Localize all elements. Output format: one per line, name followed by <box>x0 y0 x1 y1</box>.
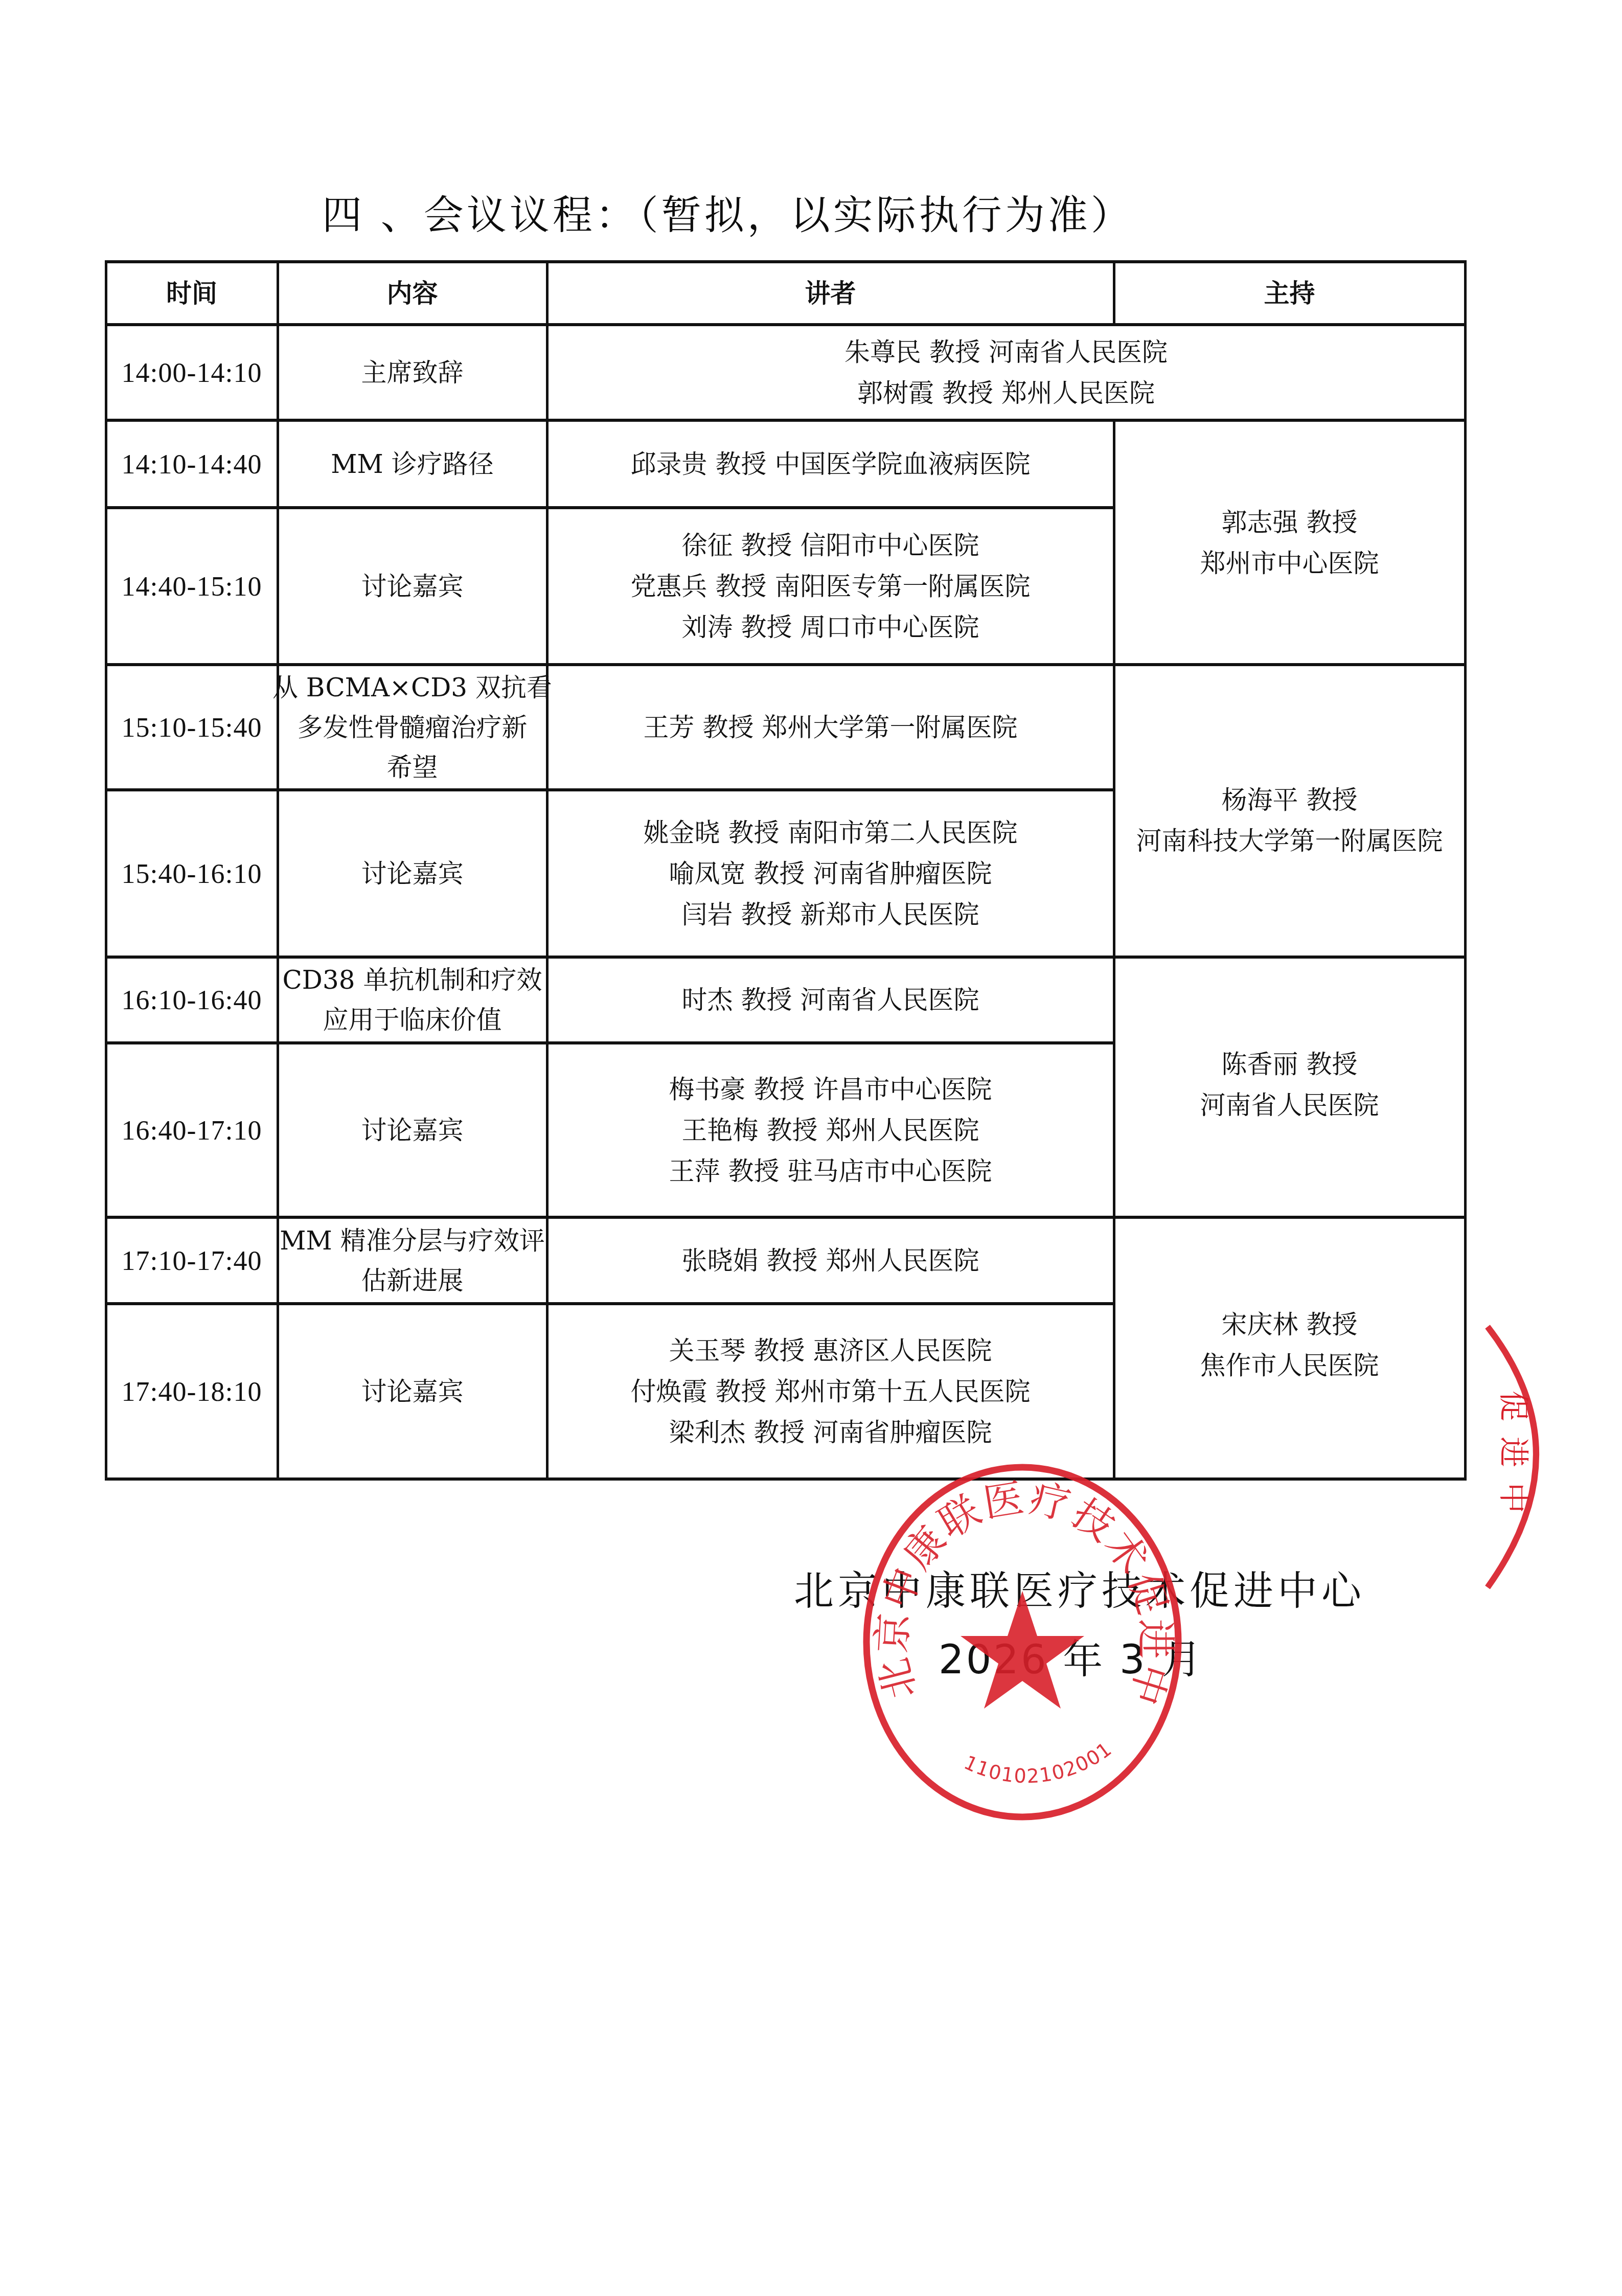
table-border-right <box>1464 260 1467 1481</box>
header-content: 内容 <box>278 262 547 325</box>
row-divider <box>106 1302 1114 1305</box>
row-3-speakers: 王芳 教授 郑州大学第一附属医院 <box>547 665 1114 790</box>
row-4-time: 15:40-16:10 <box>106 790 278 957</box>
row-1-content: MM 诊疗路径 <box>278 420 547 508</box>
table-border-top <box>106 260 1465 263</box>
row-divider <box>106 506 1114 509</box>
row-6-content: 讨论嘉宾 <box>278 1043 547 1217</box>
row-divider <box>106 956 1465 959</box>
footer-date: 2026 年 3 月 <box>939 1634 1204 1686</box>
row-8-content: 讨论嘉宾 <box>278 1304 547 1479</box>
row-4-speakers: 姚金晓 教授 南阳市第二人民医院 喻凤宽 教授 河南省肿瘤医院 闫岩 教授 新郑… <box>547 790 1114 957</box>
row-0-time: 14:00-14:10 <box>106 325 278 420</box>
row-7-speakers: 张晓娟 教授 郑州人民医院 <box>547 1217 1114 1304</box>
header-moderator: 主持 <box>1114 262 1465 325</box>
row-8-time: 17:40-18:10 <box>106 1304 278 1479</box>
row-divider <box>106 788 1114 791</box>
col-divider <box>1113 262 1115 325</box>
row-2-speakers: 徐征 教授 信阳市中心医院 党惠兵 教授 南阳医专第一附属医院 刘涛 教授 周口… <box>547 508 1114 665</box>
agenda-table: 时间 内容 讲者 主持 14:00-14:10 主席致辞 朱尊民 教授 河南省人… <box>106 262 1465 1479</box>
row-divider <box>106 419 1465 422</box>
svg-text:11010210200128: 11010210200128 <box>860 1463 1116 1787</box>
row-0-content: 主席致辞 <box>278 325 547 420</box>
row-0-speakers: 朱尊民 教授 河南省人民医院 郭树霞 教授 郑州人民医院 <box>547 325 1465 420</box>
header-speaker: 讲者 <box>547 262 1114 325</box>
seam-seal-icon: 促 进 中 <box>1482 1324 1564 1590</box>
moderator-3: 宋庆林 教授 焦作市人民医院 <box>1114 1217 1465 1479</box>
row-7-content: MM 精准分层与疗效评 估新进展 <box>278 1217 547 1304</box>
row-1-time: 14:10-14:40 <box>106 420 278 508</box>
row-5-content: CD38 单抗机制和疗效 应用于临床价值 <box>278 957 547 1043</box>
col-divider <box>1113 420 1115 1479</box>
row-2-content: 讨论嘉宾 <box>278 508 547 665</box>
moderator-1: 杨海平 教授 河南科技大学第一附属医院 <box>1114 665 1465 957</box>
svg-text:促: 促 <box>1495 1391 1531 1421</box>
row-4-content: 讨论嘉宾 <box>278 790 547 957</box>
row-5-time: 16:10-16:40 <box>106 957 278 1043</box>
row-6-speakers: 梅书豪 教授 许昌市中心医院 王艳梅 教授 郑州人民医院 王萍 教授 驻马店市中… <box>547 1043 1114 1217</box>
row-5-speakers: 时杰 教授 河南省人民医院 <box>547 957 1114 1043</box>
row-3-content: 从 BCMA×CD3 双抗看 多发性骨髓瘤治疗新 希望 <box>278 665 547 790</box>
section-title: 四 、会议议程：（暂拟，以实际执行为准） <box>322 190 1134 241</box>
row-1-speakers: 邱录贵 教授 中国医学院血液病医院 <box>547 420 1114 508</box>
svg-text:中: 中 <box>1495 1483 1531 1513</box>
col-divider <box>277 262 279 1479</box>
row-divider <box>106 663 1465 666</box>
footer-organization: 北京中康联医疗技术促进中心 <box>794 1566 1365 1617</box>
col-divider <box>546 262 549 1479</box>
row-divider <box>106 1216 1465 1219</box>
row-8-speakers: 关玉琴 教授 惠济区人民医院 付焕霞 教授 郑州市第十五人民医院 梁利杰 教授 … <box>547 1304 1114 1479</box>
table-border-bottom <box>106 1477 1465 1481</box>
row-2-time: 14:40-15:10 <box>106 508 278 665</box>
moderator-0: 郭志强 教授 郑州市中心医院 <box>1114 420 1465 665</box>
header-time: 时间 <box>106 262 278 325</box>
table-border-left <box>105 260 107 1481</box>
row-divider <box>106 323 1465 326</box>
row-divider <box>106 1041 1114 1044</box>
row-7-time: 17:10-17:40 <box>106 1217 278 1304</box>
row-3-time: 15:10-15:40 <box>106 665 278 790</box>
row-6-time: 16:40-17:10 <box>106 1043 278 1217</box>
moderator-2: 陈香丽 教授 河南省人民医院 <box>1114 957 1465 1217</box>
svg-text:进: 进 <box>1495 1437 1531 1467</box>
